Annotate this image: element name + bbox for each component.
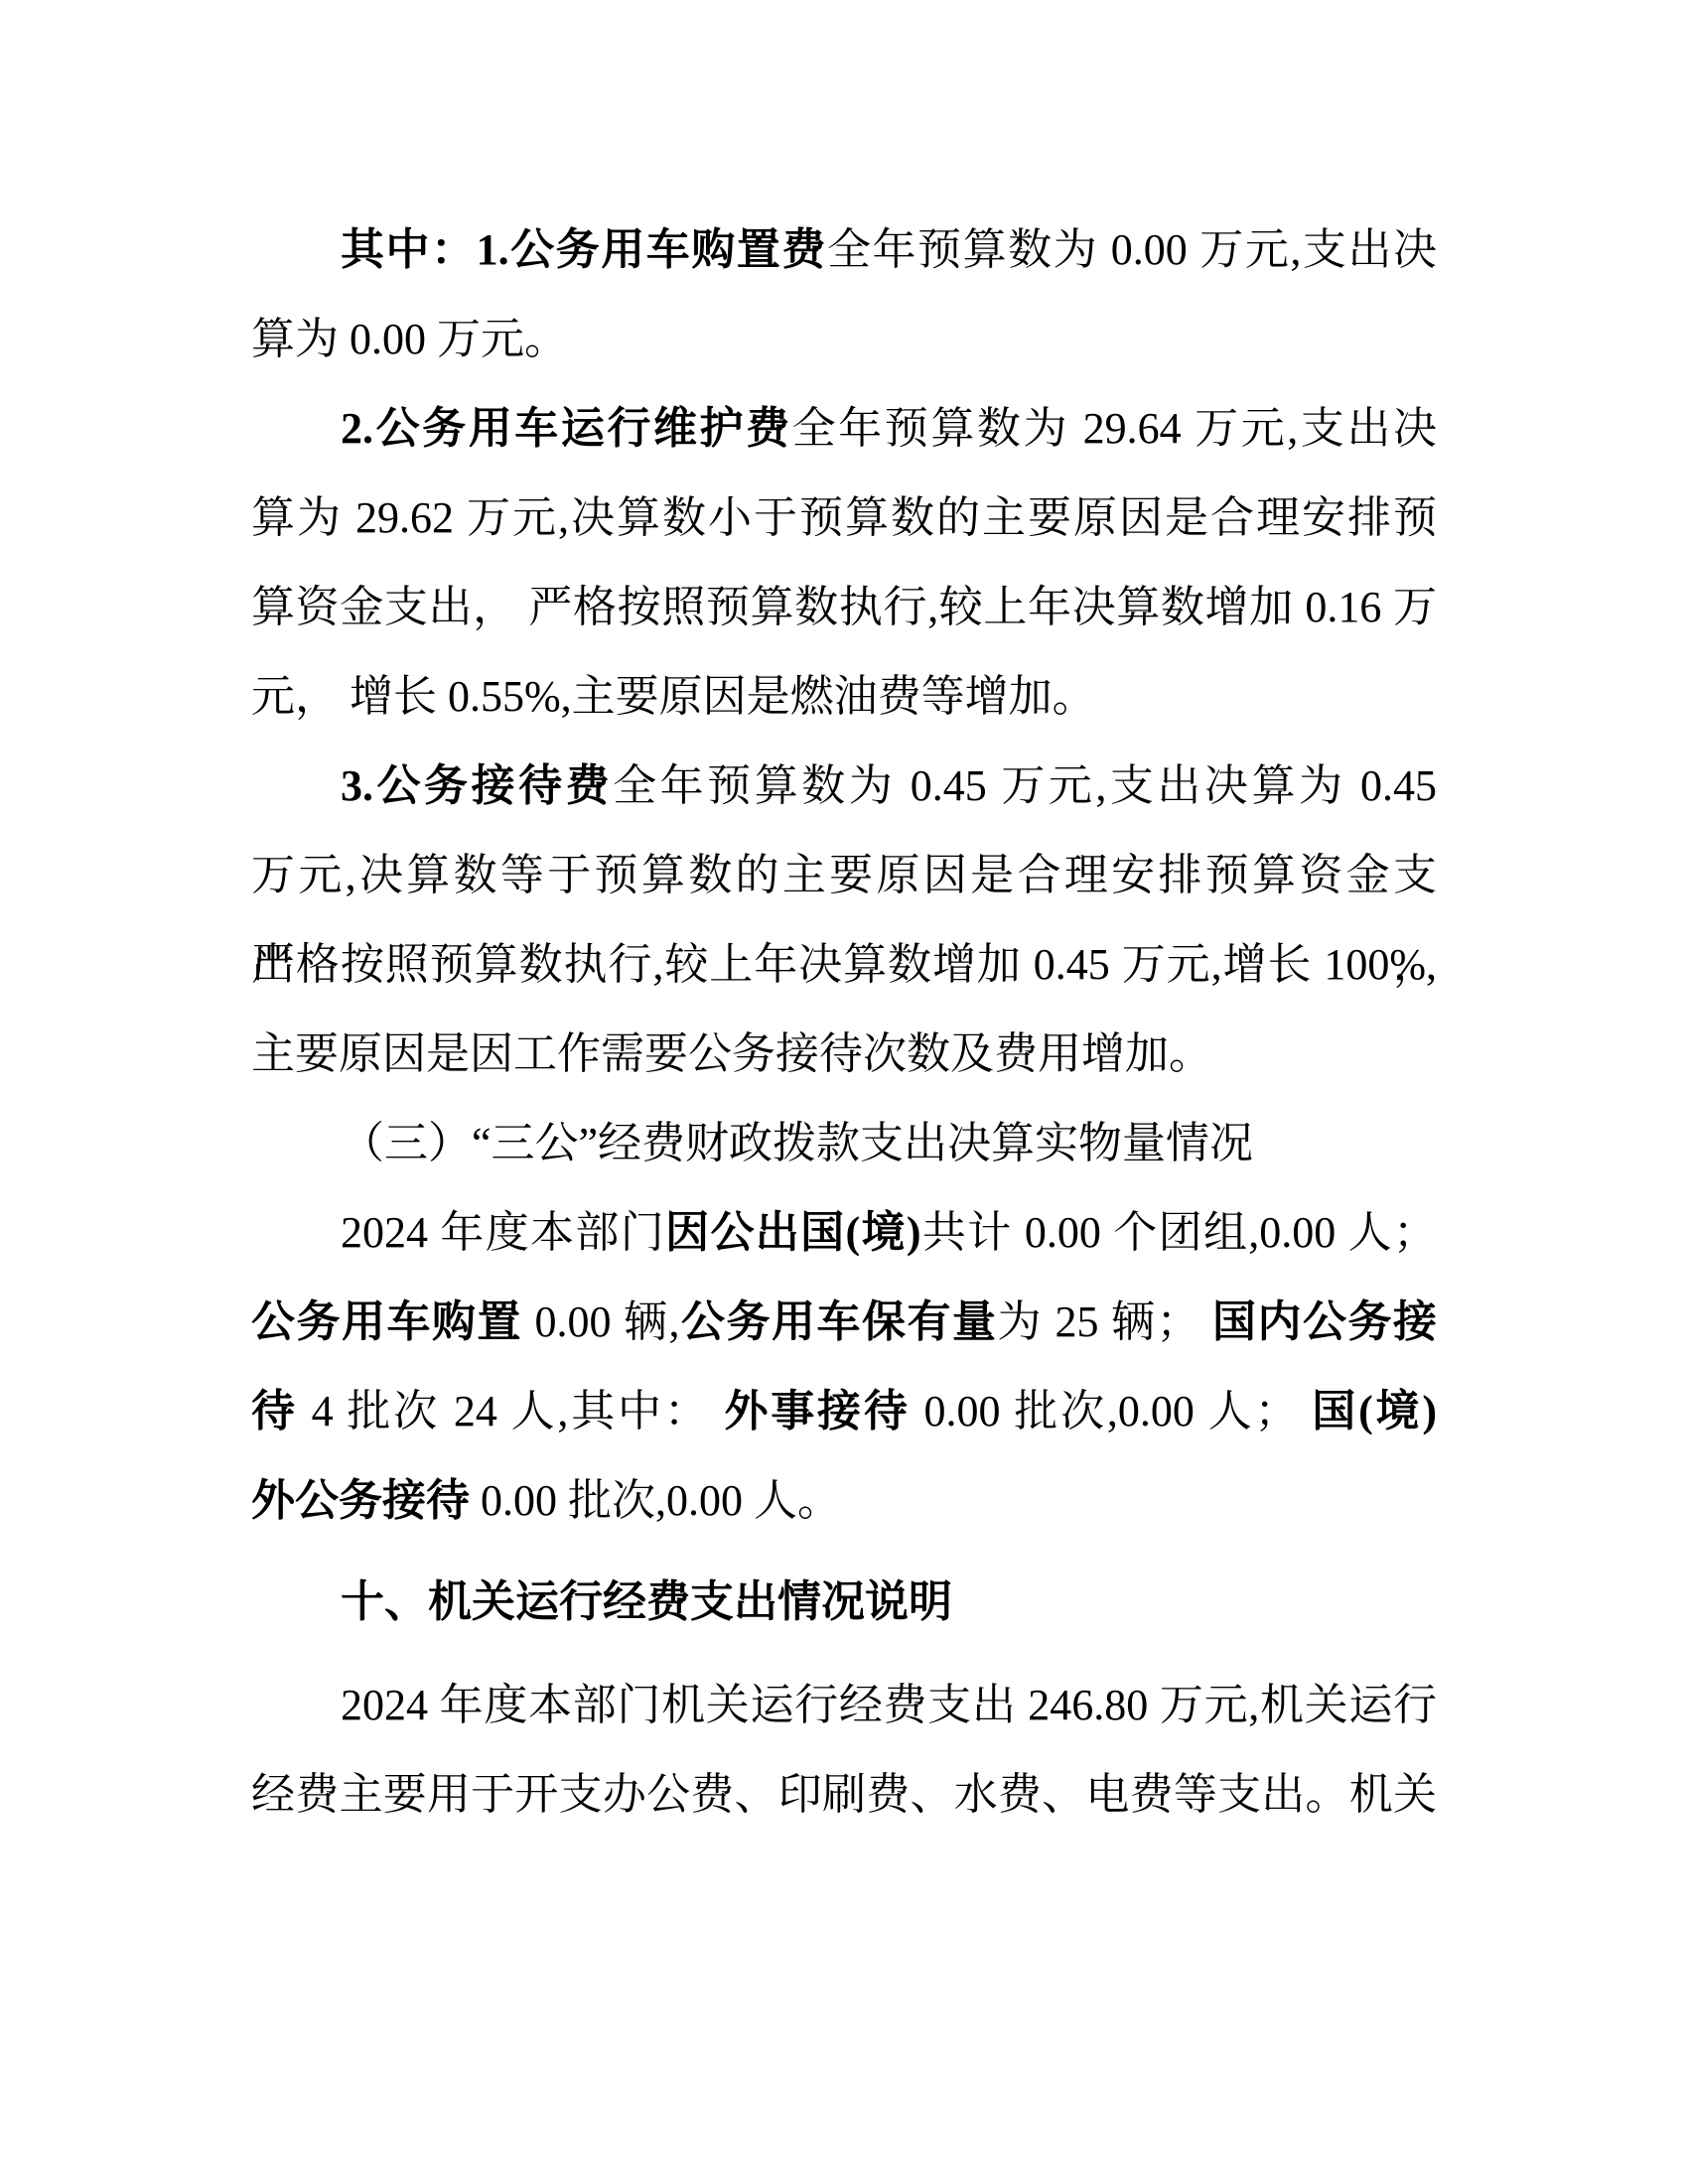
text-line-10: 主要原因是因工作需要公务接待次数及费用增加。: [251, 1010, 1437, 1099]
text-segment: 严格按照预算数执行,较上年决算数增加 0.45 万元,增长 100%,: [251, 940, 1437, 989]
text-line-4: 算为 29.62 万元,决算数小于预算数的主要原因是合理安排预: [251, 474, 1437, 563]
text-segment: 2024 年度本部门机关运行经费支出 246.80 万元,机关运行: [341, 1681, 1437, 1729]
document-page: 其中：1.公务用车购置费全年预算数为 0.00 万元,支出决算为 0.00 万元…: [0, 0, 1688, 2184]
bold-text-segment: 国(境): [1312, 1387, 1437, 1435]
text-line-2: 算为 0.00 万元。: [251, 295, 1437, 384]
bold-text-segment: 待: [251, 1387, 298, 1435]
text-line-8: 万元,决算数等于预算数的主要原因是合理安排预算资金支出，: [251, 831, 1437, 920]
bold-text-segment: 国内公务接: [1212, 1297, 1437, 1346]
text-segment: 主要原因是因工作需要公务接待次数及费用增加。: [251, 1029, 1212, 1078]
text-segment: 算为 0.00 万元。: [251, 315, 568, 363]
text-line-3: 2.公务用车运行维护费全年预算数为 29.64 万元,支出决: [251, 384, 1437, 474]
text-line-18: 经费主要用于开支办公费、印刷费、水费、电费等支出。机关: [251, 1750, 1437, 1840]
text-segment: 0.00 辆,: [522, 1297, 680, 1346]
bold-text-segment: 2.公务用车运行维护费: [341, 404, 792, 453]
text-segment: 经费主要用于开支办公费、印刷费、水费、电费等支出。机关: [251, 1770, 1437, 1819]
text-segment: 2024 年度本部门: [341, 1208, 665, 1257]
text-line-5: 算资金支出， 严格按照预算数执行,较上年决算数增加 0.16 万: [251, 563, 1437, 652]
text-line-1: 其中：1.公务用车购置费全年预算数为 0.00 万元,支出决: [251, 205, 1437, 295]
bold-text-segment: 外公务接待: [251, 1476, 470, 1525]
text-line-11: （三）“三公”经费财政拨款支出决算实物量情况: [251, 1099, 1437, 1188]
bold-text-segment: 公务用车保有量: [680, 1297, 998, 1346]
text-segment: 0.00 批次,0.00 人。: [470, 1476, 841, 1525]
text-line-12: 2024 年度本部门因公出国(境)共计 0.00 个团组,0.00 人；: [251, 1188, 1437, 1278]
text-segment: 共计 0.00 个团组,0.00 人；: [921, 1208, 1438, 1257]
text-line-6: 元， 增长 0.55%,主要原因是燃油费等增加。: [251, 652, 1437, 742]
text-line-14: 待 4 批次 24 人,其中： 外事接待 0.00 批次,0.00 人； 国(境…: [251, 1367, 1437, 1456]
bold-text-segment: 十、机关运行经费支出情况说明: [341, 1577, 952, 1626]
text-line-7: 3.公务接待费全年预算数为 0.45 万元,支出决算为 0.45: [251, 742, 1437, 831]
bold-text-segment: 其中：1.公务用车购置费: [341, 225, 827, 274]
text-segment: 算资金支出， 严格按照预算数执行,较上年决算数增加 0.16 万: [251, 583, 1437, 631]
text-segment: 0.00 批次,0.00 人；: [911, 1387, 1313, 1435]
text-line-15: 外公务接待 0.00 批次,0.00 人。: [251, 1456, 1437, 1546]
document-body: 其中：1.公务用车购置费全年预算数为 0.00 万元,支出决算为 0.00 万元…: [251, 205, 1437, 1840]
section-heading: 十、机关运行经费支出情况说明: [251, 1558, 1437, 1647]
text-line-9: 严格按照预算数执行,较上年决算数增加 0.45 万元,增长 100%,: [251, 920, 1437, 1010]
text-segment: 4 批次 24 人,其中：: [298, 1387, 725, 1435]
bold-text-segment: 公务用车购置: [251, 1297, 522, 1346]
bold-text-segment: 因公出国(境): [665, 1208, 920, 1257]
text-segment: 全年预算数为 29.64 万元,支出决: [792, 404, 1437, 453]
text-segment: 为 25 辆；: [998, 1297, 1213, 1346]
text-segment: 全年预算数为 0.45 万元,支出决算为 0.45: [613, 761, 1437, 810]
text-segment: 全年预算数为 0.00 万元,支出决: [827, 225, 1437, 274]
bold-text-segment: 外事接待: [724, 1387, 910, 1435]
text-line-13: 公务用车购置 0.00 辆,公务用车保有量为 25 辆； 国内公务接: [251, 1278, 1437, 1367]
text-segment: 算为 29.62 万元,决算数小于预算数的主要原因是合理安排预: [251, 493, 1437, 542]
text-line-17: 2024 年度本部门机关运行经费支出 246.80 万元,机关运行: [251, 1661, 1437, 1750]
text-segment: （三）“三公”经费财政拨款支出决算实物量情况: [341, 1119, 1253, 1167]
bold-text-segment: 3.公务接待费: [341, 761, 613, 810]
text-segment: 元， 增长 0.55%,主要原因是燃油费等增加。: [251, 672, 1096, 721]
